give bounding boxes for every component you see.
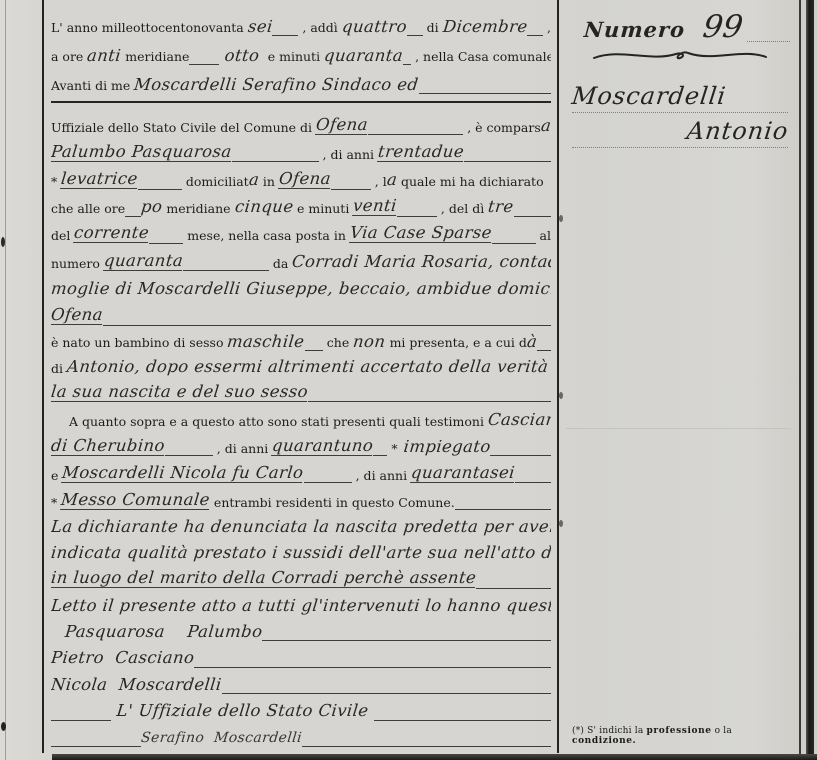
fill-rule [103,321,551,326]
fill-rule [476,584,551,589]
printed-text: meridiane [121,49,189,65]
fill-rule [262,636,551,641]
act-line: numero quaranta da Corradi Maria Rosaria… [51,244,551,271]
act-line: Uffiziale dello Stato Civile del Comune … [51,108,551,135]
handwritten-text: Via Case Sparse [349,224,493,243]
ink-bleed-mark [559,215,563,222]
printed-text: A quanto sopra e a questo atto sono stat… [69,414,488,430]
ink-bleed-mark [559,520,563,527]
printed-text: e minuti [293,201,353,217]
handwritten-text: anti [86,47,122,65]
fill-rule [302,742,551,747]
fill-rule [222,689,551,694]
margin-surname: Moscardelli [570,82,728,110]
blank-rule [183,266,269,271]
act-line: indicata qualità prestato i sussidi dell… [51,536,551,562]
act-line: in luogo del marito della Corradi perchè… [51,563,551,589]
blank-rule [272,31,298,36]
fill-rule [419,89,551,94]
printed-text: in [259,174,279,190]
printed-text: e minuti [260,49,324,65]
printed-text: , l [371,174,387,190]
handwritten-text: tre [487,198,514,216]
act-column: L' anno milleottocentonovanta sei , addì… [44,0,557,753]
printed-text: quale mi ha dichiarato [397,174,544,190]
printed-text: domiciliat [182,174,249,190]
handwritten-text: Dicembre [442,18,529,36]
printed-text: entrambi residenti in questo Comune. [210,495,455,511]
handwritten-text: in luogo del marito della Corradi perchè… [51,569,477,588]
handwritten-text: maschile [226,333,305,351]
act-line: Pietro Casciano [51,641,551,667]
handwritten-text: impiegato [397,438,492,456]
act-line: di Antonio, dopo essermi altrimenti acce… [51,351,551,377]
act-line: La dichiarante ha denunciata la nascita … [51,510,551,536]
blank-rule [149,239,183,244]
handwritten-text: Corradi Maria Rosaria, contadina [291,253,551,271]
printed-text: che alle ore [51,201,125,217]
section-testimoni: A quanto sopra e a questo atto sono stat… [51,402,551,510]
fill-rule [194,663,551,668]
section-comparsa: Uffiziale dello Stato Civile del Comune … [51,108,551,326]
footnote-text: (*) S' indichi la [572,726,646,736]
printed-text: da [269,256,292,272]
handwritten-text: quaranta [103,252,184,271]
printed-text: , del dì [437,201,488,217]
blank-rule [51,716,111,721]
handwritten-text: a [386,171,398,189]
margin-column: Numero 99 Moscardelli Antonio (*) S' ind… [562,0,798,753]
printed-text: * [387,441,397,457]
handwritten-text: L' Uffiziale dello Stato Civile [110,702,375,720]
handwritten-text: Moscardelli Nicola fu Carlo [61,464,304,483]
act-line: del corrente mese, nella casa posta in V… [51,217,551,244]
act-line: Avanti di me Moscardelli Serafino Sindac… [51,65,551,94]
handwritten-text: cinque [234,198,294,216]
fill-rule [464,157,551,162]
handwritten-text: indicata qualità prestato i sussidi dell… [51,544,551,562]
fill-rule [308,397,551,402]
book-edge-line [799,0,801,760]
handwritten-text: Casciano Pietro [487,411,551,429]
printed-text: al [536,228,551,244]
act-line: è nato un bambino di sesso maschile che … [51,326,551,352]
book-edge-band [806,0,814,760]
handwritten-text: di Cherubino [51,437,166,456]
printed-text: di [423,20,443,36]
handwritten-text: La dichiarante ha denunciata la nascita … [51,518,551,536]
handwritten-text: po [140,198,163,216]
act-line: A quanto sopra e a questo atto sono stat… [51,402,551,429]
spacer [51,639,65,641]
printed-text: del [51,228,74,244]
handwritten-text: sei [247,18,274,36]
section-dichiarazione: La dichiarante ha denunciata la nascita … [51,510,551,615]
printed-text: di [51,361,67,377]
page-left-edge-line [5,0,6,760]
numero-row: Numero 99 [562,0,798,42]
printed-text: L' anno milleottocentonovanta [51,20,248,36]
handwritten-text: à [526,333,538,351]
section-preamble: L' anno milleottocentonovanta sei , addì… [51,7,551,94]
handwritten-text: Letto il presente atto a tutti gl'interv… [51,597,551,615]
footnote-text: o la [712,726,732,736]
fill-rule [492,239,536,244]
act-line: Nicola Moscardelli [51,668,551,694]
numero-dotted-rule [747,35,790,42]
spacer [51,427,69,429]
ink-speck [1,722,6,731]
handwritten-text: Moscardelli Serafino Sindaco ed [133,76,419,94]
margin-given-name: Antonio [685,117,790,145]
handwritten-text: Messo Comunale [60,491,211,510]
fill-rule [527,31,543,36]
handwritten-text: Pasquarosa Palumbo [64,623,263,641]
handwritten-text: la sua nascita e del suo sesso [51,383,309,402]
handwritten-text: venti [352,197,398,216]
civil-record-page: L' anno milleottocentonovanta sei , addì… [0,0,817,760]
blank-rule [537,346,551,351]
fill-rule [455,505,551,510]
act-line: Letto il presente atto a tutti gl'interv… [51,589,551,615]
blank-rule [125,212,141,217]
act-line: Pasquarosa Palumbo [51,615,551,641]
handwritten-text: quarantasei [410,464,516,483]
blank-rule [51,742,141,747]
section-nascita: è nato un bambino di sesso maschile che … [51,326,551,403]
handwritten-text: Ofena [315,116,369,135]
bottom-edge-band [52,754,817,760]
fill-rule [232,157,319,162]
act-line: Ofena [51,298,551,325]
printed-text: , addì [298,20,341,36]
footnote-term-condizione: condizione. [572,736,636,746]
act-line: L' Uffiziale dello Stato Civile [51,694,551,720]
footnote-term-professione: professione [646,726,711,736]
handwritten-text: quaranta [323,47,404,65]
act-line: e Moscardelli Nicola fu Carlo , di anni … [51,456,551,483]
blank-rule [138,185,182,190]
printed-text: , [543,20,551,36]
act-line: che alle orepo meridiane cinque e minuti… [51,190,551,217]
printed-text: mese, nella casa posta in [183,228,350,244]
numero-value: 99 [701,14,744,42]
margin-faint-rule [566,428,791,429]
printed-text: Uffiziale dello Stato Civile del Comune … [51,120,316,136]
handwritten-text: Palumbo Pasquarosa [51,143,233,162]
blank-rule [373,451,387,456]
section-signatures: Pasquarosa PalumboPietro CascianoNicola … [51,615,551,747]
blank-rule [189,60,219,65]
printed-text: Avanti di me [51,78,134,94]
handwritten-text: moglie di Moscardelli Giuseppe, beccaio,… [51,280,551,298]
numero-label: Numero [583,17,686,42]
printed-text: che [323,335,353,351]
ink-speck [1,237,5,247]
act-line: moglie di Moscardelli Giuseppe, beccaio,… [51,271,551,298]
ink-bleed-mark [559,392,563,399]
fill-rule [514,212,551,217]
fill-rule [368,130,463,135]
margin-name-row: Moscardelli [572,82,788,113]
act-line: * levatrice domiciliata in Ofena , la qu… [51,162,551,189]
margin-name-row: Antonio [572,117,788,148]
handwritten-text: a [248,171,260,189]
act-line: Serafino Moscardelli [51,721,551,747]
handwritten-signature: Serafino Moscardelli [140,731,302,747]
handwritten-text: non [352,333,386,351]
handwritten-text: quattro [341,18,408,36]
handwritten-text: Ofena [278,170,332,189]
handwritten-text: Antonio, dopo essermi altrimenti accerta… [66,358,551,376]
printed-text: numero [51,256,104,272]
handwritten-text: levatrice [60,170,139,189]
handwritten-text: trentadue [377,143,465,162]
printed-text: a ore [51,49,87,65]
fill-rule [374,716,551,721]
blank-rule [397,212,437,217]
footnote: (*) S' indichi la professione o la condi… [572,726,794,746]
handwritten-text: Pietro Casciano [51,649,195,667]
printed-text: , di anni [352,468,411,484]
act-line: a ore anti meridiane otto e minuti quara… [51,36,551,65]
handwritten-text: Nicola Moscardelli [51,676,222,694]
printed-text: è nato un bambino di sesso [51,335,227,351]
printed-text: mi presenta, e a cui d [386,335,527,351]
act-line: L' anno milleottocentonovanta sei , addì… [51,7,551,36]
blank-rule [305,346,323,351]
blank-rule [165,451,213,456]
flourish-icon [590,44,770,66]
printed-text: meridiane [162,201,234,217]
fill-rule [490,451,551,456]
act-line: Palumbo Pasquarosa , di anni trentadue [51,135,551,162]
printed-text: , nella Casa comunale. [411,49,551,65]
blank-rule [331,185,371,190]
act-line: la sua nascita e del suo sesso [51,377,551,403]
printed-text: , è compars [463,120,541,136]
handwritten-text: otto [218,47,260,65]
fill-rule [515,478,551,483]
fill-rule [407,31,423,36]
printed-text: , di anni [213,441,272,457]
act-line: di Cherubino , di anni quarantuno * impi… [51,429,551,456]
section-divider [51,101,551,103]
handwritten-text: corrente [73,224,150,243]
fill-rule [403,60,411,65]
act-body: L' anno milleottocentonovanta sei , addì… [44,0,557,747]
blank-rule [304,478,352,483]
printed-text: , di anni [319,147,378,163]
act-border-right [557,0,559,753]
handwritten-text: a [540,117,551,135]
act-line: * Messo Comunale entrambi residenti in q… [51,483,551,510]
handwritten-text: Ofena [51,306,104,325]
handwritten-text: quarantuno [271,437,374,456]
